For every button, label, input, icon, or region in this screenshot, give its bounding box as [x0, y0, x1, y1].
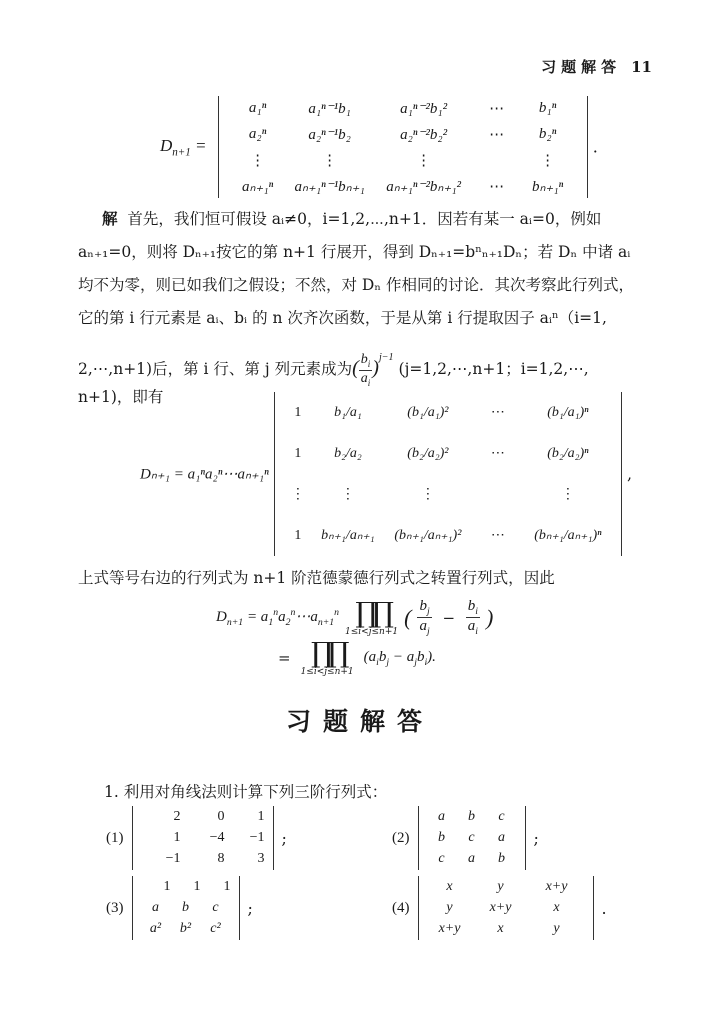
equation-vandermonde-product: Dn+1 = a1na2n⋯an+1n ∏∏1≤i<j≤n+1 (bjaj − … [216, 598, 493, 677]
matrix-cell: 1 [283, 446, 313, 462]
matrix-cell: ⋮ [523, 486, 613, 503]
matrix-cell: a₁ⁿ⁻¹b₁ [289, 99, 371, 118]
matrix-cell: ⋯ [477, 99, 517, 118]
matrix-cell: 2 [141, 809, 181, 825]
matrix-cell: y [427, 900, 473, 916]
matrix-cell: (b₂/a₂)ⁿ [523, 446, 613, 462]
matrix-cell: a [487, 830, 517, 846]
matrix-cell: c [487, 809, 517, 825]
matrix-cell: x [529, 900, 585, 916]
matrix-cell: (b₁/a₁)ⁿ [523, 405, 613, 421]
matrix-cell: 0 [181, 809, 225, 825]
matrix-cell: 1 [141, 879, 171, 895]
solution-paragraph: 解 首先，我们恒可假设 aᵢ≠0，i=1,2,⋯,n+1．因若有某一 aᵢ=0，… [78, 202, 648, 414]
solution-line-2: aₙ₊₁=0，则将 Dₙ₊₁按它的第 n+1 行展开，得到 Dₙ₊₁=bⁿₙ₊₁… [78, 236, 648, 269]
matrix-cell: (b₂/a₂)² [383, 446, 473, 462]
matrix-cell: (bₙ₊₁/aₙ₊₁)ⁿ [523, 527, 613, 544]
item-label: (4) [392, 900, 410, 917]
matrix-cell: x+y [427, 921, 473, 937]
matrix-cell: a₂ⁿ⁻¹b₂ [289, 125, 371, 144]
solution-label: 解 [102, 209, 118, 228]
matrix-cell: −1 [141, 851, 181, 867]
matrix-cell: b [427, 830, 457, 846]
matrix-cell: ⋯ [473, 445, 523, 462]
matrix-cell: 3 [225, 851, 265, 867]
matrix-cell: a₂ⁿ [227, 126, 289, 143]
section-title: 习题解答 [0, 702, 720, 738]
matrix-cell: ⋯ [473, 527, 523, 544]
eq3-line-1: Dn+1 = a1na2n⋯an+1n ∏∏1≤i<j≤n+1 (bjaj − … [216, 598, 493, 637]
matrix-cell: b₁ⁿ [517, 100, 579, 117]
matrix-cell: x [473, 921, 529, 937]
item-trail: ; [248, 899, 253, 918]
eq1-matrix: a₁ⁿa₁ⁿ⁻¹b₁a₁ⁿ⁻²b₁²⋯b₁ⁿa₂ⁿa₂ⁿ⁻¹b₂a₂ⁿ⁻²b₂²… [218, 96, 588, 198]
eq3-line-2: = ∏∏1≤i<j≤n+1 (aibj − ajbi). [278, 639, 493, 677]
matrix-cell: a [457, 851, 487, 867]
header-section: 习题解答 [541, 58, 621, 76]
matrix-cell: 1 [201, 879, 231, 895]
matrix-cell: a₁ⁿ [227, 100, 289, 117]
determinant-3x3: abcbcacab [418, 806, 526, 870]
matrix-cell: c [457, 830, 487, 846]
determinant-3x3: 111abca²b²c² [132, 876, 240, 940]
matrix-cell: aₙ₊₁ⁿ [227, 177, 289, 196]
matrix-cell: b₁/a₁ [313, 405, 383, 421]
matrix-cell: a [141, 900, 171, 916]
conclusion-line: 上式等号右边的行列式为 n+1 阶范德蒙德行列式之转置行列式，因此 [78, 562, 648, 595]
matrix-cell: y [529, 921, 585, 937]
matrix-cell: 1 [141, 830, 181, 846]
item-label: (1) [106, 830, 124, 847]
matrix-cell: a₂ⁿ⁻²b₂² [371, 125, 477, 144]
item-trail: ; [282, 829, 287, 848]
determinant-3x3: xyx+yyx+yxx+yxy [418, 876, 594, 940]
matrix-cell: 1 [283, 405, 313, 421]
item-label: (2) [392, 830, 410, 847]
eq2-matrix: 1b₁/a₁(b₁/a₁)²⋯(b₁/a₁)ⁿ1b₂/a₂(b₂/a₂)²⋯(b… [274, 392, 622, 556]
eq1-trail: . [593, 138, 598, 157]
matrix-cell: b [457, 809, 487, 825]
matrix-cell: aₙ₊₁ⁿ⁻¹bₙ₊₁ [289, 177, 371, 196]
exercise-item-3: (3)111abca²b²c²; [106, 876, 253, 940]
matrix-cell: y [473, 879, 529, 895]
matrix-cell: a² [141, 921, 171, 937]
eq2-trail: , [627, 465, 632, 484]
matrix-cell: ⋮ [227, 151, 289, 170]
matrix-cell: ⋮ [383, 486, 473, 503]
matrix-cell: 1 [283, 528, 313, 544]
matrix-cell: ⋯ [477, 177, 517, 196]
matrix-cell: ⋯ [473, 404, 523, 421]
matrix-cell: −1 [225, 830, 265, 846]
matrix-cell: 1 [225, 809, 265, 825]
matrix-cell: ⋮ [283, 486, 313, 503]
exercise-item-2: (2)abcbcacab; [392, 806, 539, 870]
equation-normalized-determinant: Dₙ₊₁ = a₁ⁿa₂ⁿ⋯aₙ₊₁ⁿ 1b₁/a₁(b₁/a₁)²⋯(b₁/a… [140, 392, 632, 556]
matrix-cell: −4 [181, 830, 225, 846]
running-header: 习题解答11 [541, 56, 652, 77]
matrix-cell: ⋯ [477, 125, 517, 144]
determinant-3x3: 2011−4−1−183 [132, 806, 274, 870]
matrix-cell: bₙ₊₁/aₙ₊₁ [313, 527, 383, 544]
exercise-item-1: (1)2011−4−1−183; [106, 806, 287, 870]
matrix-cell: bₙ₊₁ⁿ [517, 177, 579, 196]
matrix-cell: b₂ⁿ [517, 126, 579, 143]
solution-line-5: 2,⋯,n+1)后，第 i 行、第 j 列元素成为(biai)j−1 (j=1,… [78, 335, 648, 381]
matrix-cell: a₁ⁿ⁻²b₁² [371, 99, 477, 118]
matrix-cell: x+y [473, 900, 529, 916]
matrix-cell: c² [201, 921, 231, 937]
matrix-cell: b [487, 851, 517, 867]
matrix-cell: 1 [171, 879, 201, 895]
matrix-cell: ⋮ [517, 151, 579, 170]
matrix-cell: ⋮ [313, 486, 383, 503]
page-number: 11 [631, 58, 652, 76]
matrix-cell: 8 [181, 851, 225, 867]
solution-line-1: 解 首先，我们恒可假设 aᵢ≠0，i=1,2,⋯,n+1．因若有某一 aᵢ=0，… [78, 202, 648, 236]
matrix-cell: b [171, 900, 201, 916]
matrix-cell: x [427, 879, 473, 895]
matrix-cell: c [427, 851, 457, 867]
matrix-cell: x+y [529, 879, 585, 895]
item-label: (3) [106, 900, 124, 917]
matrix-cell: ⋮ [371, 151, 477, 170]
item-trail: ; [534, 829, 539, 848]
matrix-cell: a [427, 809, 457, 825]
equation-dn1-determinant: Dn+1 = a₁ⁿa₁ⁿ⁻¹b₁a₁ⁿ⁻²b₁²⋯b₁ⁿa₂ⁿa₂ⁿ⁻¹b₂a… [160, 96, 598, 198]
matrix-cell: b₂/a₂ [313, 446, 383, 462]
solution-line-3: 均不为零，则已如我们之假设；不然，对 Dₙ 作相同的讨论．其次考察此行列式， [78, 269, 648, 302]
eq2-lhs: Dₙ₊₁ = a₁ⁿa₂ⁿ⋯aₙ₊₁ⁿ [140, 467, 269, 483]
exercise-1-prompt: 1. 利用对角线法则计算下列三阶行列式： [104, 776, 674, 809]
solution-line-4: 它的第 i 行元素是 aᵢ、bᵢ 的 n 次齐次函数，于是从第 i 行提取因子 … [78, 302, 648, 335]
matrix-cell: ⋮ [289, 151, 371, 170]
matrix-cell: aₙ₊₁ⁿ⁻²bₙ₊₁² [371, 177, 477, 196]
exercise-item-4: (4)xyx+yyx+yxx+yxy. [392, 876, 607, 940]
matrix-cell: c [201, 900, 231, 916]
eq1-lhs: Dn+1 = [160, 136, 207, 155]
matrix-cell: b² [171, 921, 201, 937]
matrix-cell: (bₙ₊₁/aₙ₊₁)² [383, 527, 473, 544]
matrix-cell: (b₁/a₁)² [383, 405, 473, 421]
item-trail: . [602, 899, 607, 918]
